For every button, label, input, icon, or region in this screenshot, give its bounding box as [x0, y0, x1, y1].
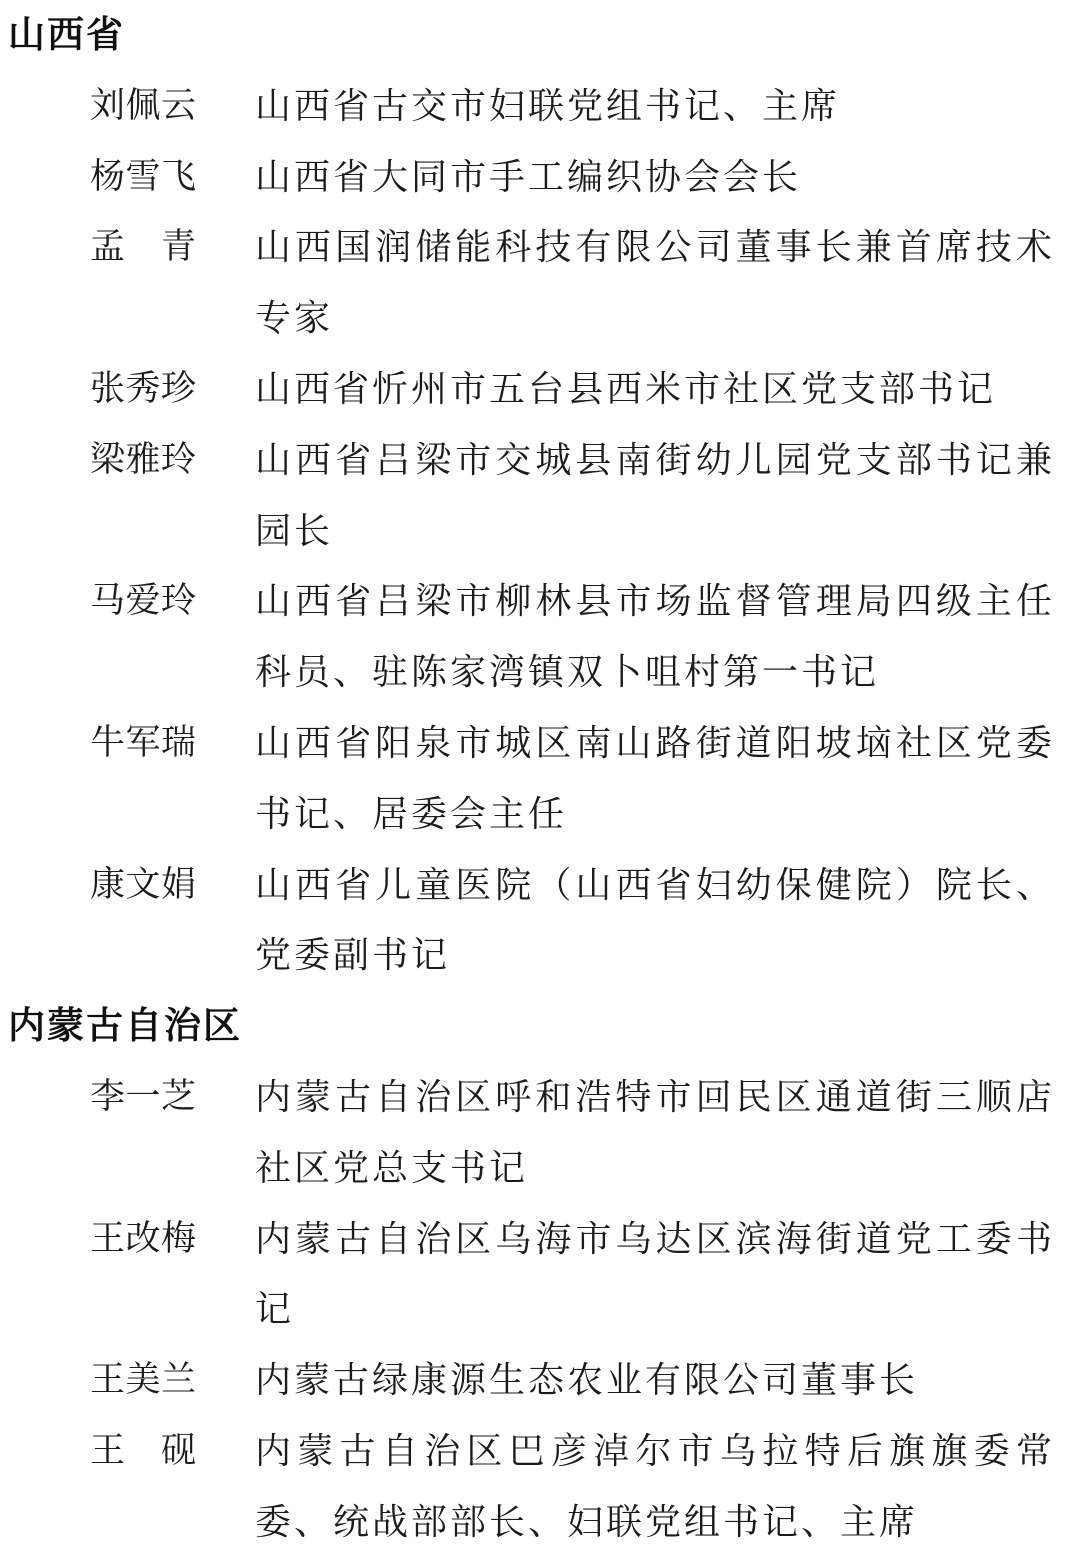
- list-item: 王 砚 内蒙古自治区巴彦淖尔市乌拉特后旗旗委常委、统战部部长、妇联党组书记、主席: [0, 1416, 1080, 1558]
- honoree-name: 王 砚: [90, 1416, 196, 1487]
- honoree-title: 山西省阳泉市城区南山路街道阳坡垴社区党委书记、居委会主任: [255, 708, 1055, 850]
- honoree-title: 山西省古交市妇联党组书记、主席: [255, 71, 1055, 142]
- honoree-name: 马爱玲: [90, 566, 196, 637]
- honoree-title: 山西国润储能科技有限公司董事长兼首席技术专家: [255, 212, 1055, 354]
- list-item: 张秀珍 山西省忻州市五台县西米市社区党支部书记: [0, 354, 1080, 425]
- section-heading: 山西省: [0, 0, 1080, 71]
- honoree-name: 刘佩云: [90, 71, 196, 142]
- honoree-name: 康文娟: [90, 850, 196, 921]
- honoree-name: 梁雅玲: [90, 425, 196, 496]
- list-item: 梁雅玲 山西省吕梁市交城县南街幼儿园党支部书记兼园长: [0, 425, 1080, 567]
- honoree-title: 山西省忻州市五台县西米市社区党支部书记: [255, 354, 1055, 425]
- list-item: 孟 青 山西国润储能科技有限公司董事长兼首席技术专家: [0, 212, 1080, 354]
- list-item: 马爱玲 山西省吕梁市柳林县市场监督管理局四级主任科员、驻陈家湾镇双卜咀村第一书记: [0, 566, 1080, 708]
- honoree-title: 内蒙古绿康源生态农业有限公司董事长: [255, 1345, 1055, 1416]
- honoree-title: 山西省儿童医院（山西省妇幼保健院）院长、党委副书记: [255, 850, 1055, 992]
- list-item: 王美兰 内蒙古绿康源生态农业有限公司董事长: [0, 1345, 1080, 1416]
- honoree-title: 山西省大同市手工编织协会会长: [255, 142, 1055, 213]
- award-list-page: 山西省 刘佩云 山西省古交市妇联党组书记、主席 杨雪飞 山西省大同市手工编织协会…: [0, 0, 1080, 1560]
- honoree-title: 山西省吕梁市柳林县市场监督管理局四级主任科员、驻陈家湾镇双卜咀村第一书记: [255, 566, 1055, 708]
- section-shanxi: 山西省 刘佩云 山西省古交市妇联党组书记、主席 杨雪飞 山西省大同市手工编织协会…: [0, 0, 1080, 991]
- honoree-name: 李一芝: [90, 1062, 196, 1133]
- list-item: 刘佩云 山西省古交市妇联党组书记、主席: [0, 71, 1080, 142]
- list-item: 杨雪飞 山西省大同市手工编织协会会长: [0, 142, 1080, 213]
- honoree-name: 孟 青: [90, 212, 196, 283]
- honoree-name: 王美兰: [90, 1345, 196, 1416]
- honoree-name: 牛军瑞: [90, 708, 196, 779]
- section-heading: 内蒙古自治区: [0, 991, 1080, 1062]
- list-item: 康文娟 山西省儿童医院（山西省妇幼保健院）院长、党委副书记: [0, 850, 1080, 992]
- honoree-name: 杨雪飞: [90, 142, 196, 213]
- honoree-title: 内蒙古自治区乌海市乌达区滨海街道党工委书记: [255, 1204, 1055, 1346]
- honoree-name: 张秀珍: [90, 354, 196, 425]
- list-item: 牛军瑞 山西省阳泉市城区南山路街道阳坡垴社区党委书记、居委会主任: [0, 708, 1080, 850]
- honoree-name: 王改梅: [90, 1204, 196, 1275]
- list-item: 王改梅 内蒙古自治区乌海市乌达区滨海街道党工委书记: [0, 1204, 1080, 1346]
- honoree-title: 山西省吕梁市交城县南街幼儿园党支部书记兼园长: [255, 425, 1055, 567]
- list-item: 李一芝 内蒙古自治区呼和浩特市回民区通道街三顺店社区党总支书记: [0, 1062, 1080, 1204]
- honoree-title: 内蒙古自治区巴彦淖尔市乌拉特后旗旗委常委、统战部部长、妇联党组书记、主席: [255, 1416, 1055, 1558]
- honoree-title: 内蒙古自治区呼和浩特市回民区通道街三顺店社区党总支书记: [255, 1062, 1055, 1204]
- section-neimenggu: 内蒙古自治区 李一芝 内蒙古自治区呼和浩特市回民区通道街三顺店社区党总支书记 王…: [0, 991, 1080, 1557]
